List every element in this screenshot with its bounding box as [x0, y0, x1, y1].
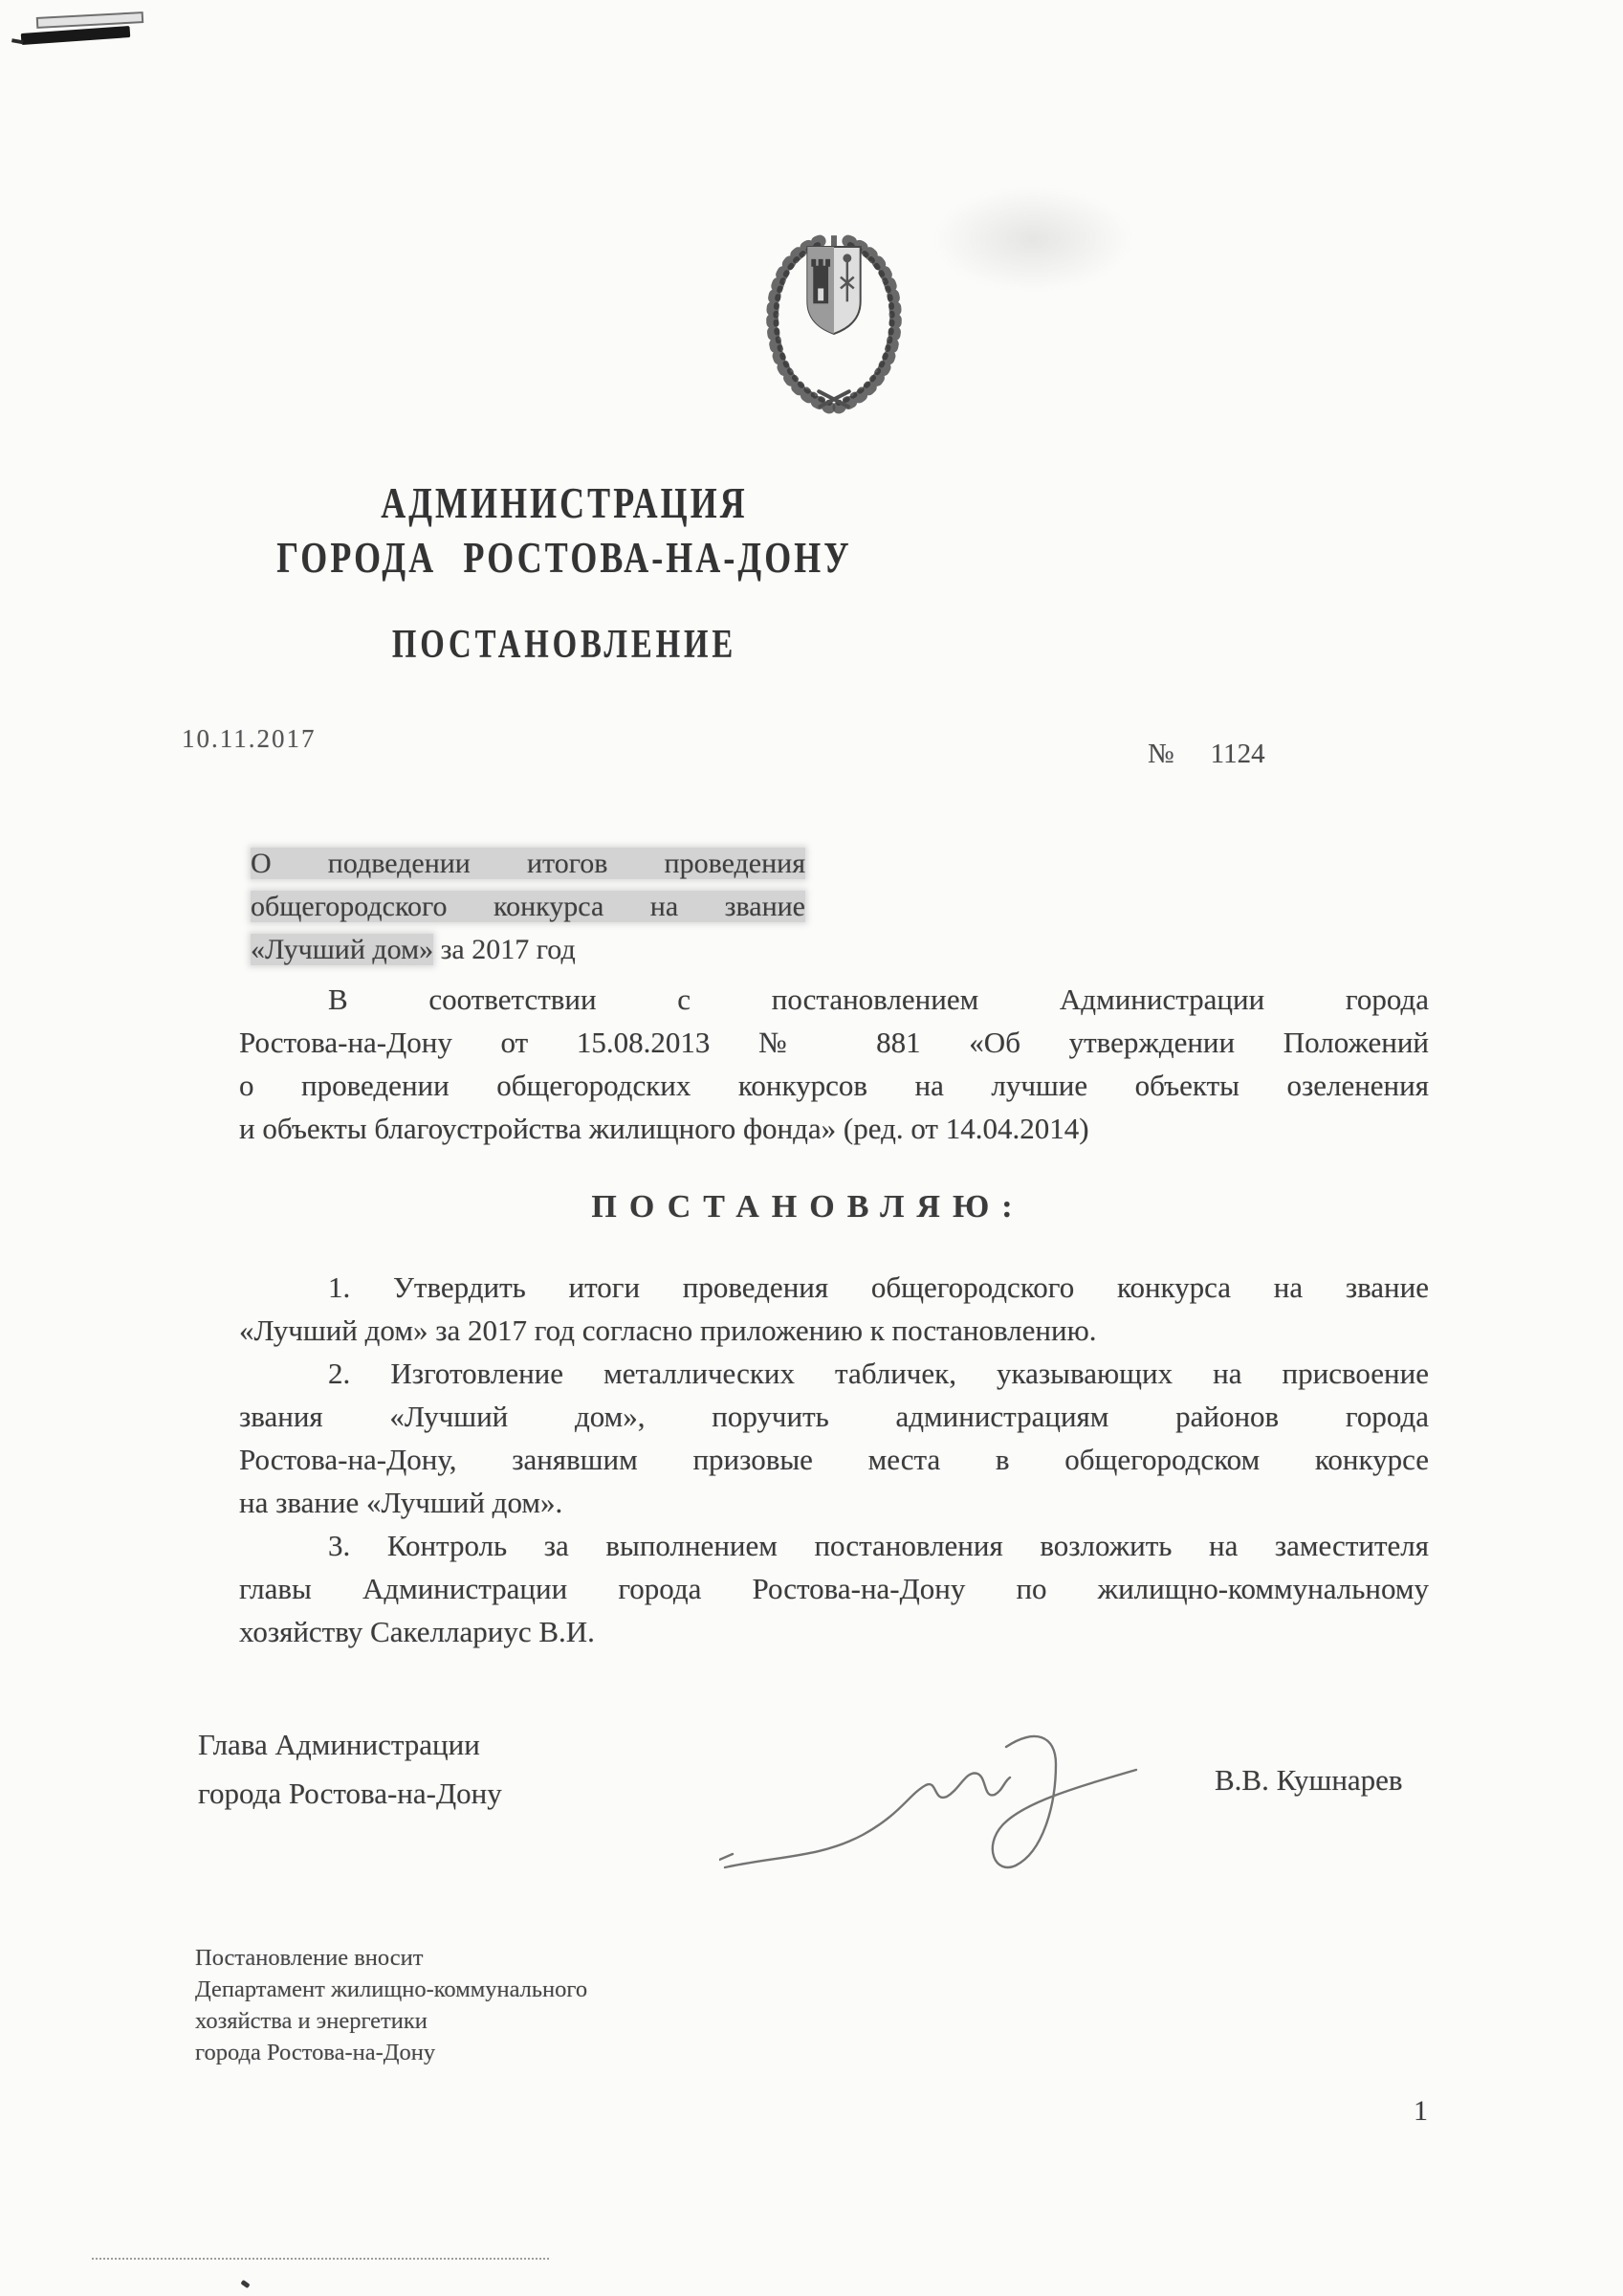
subject-line: «Лучший дом» за 2017 год [251, 928, 805, 971]
org-name-line1: АДМИНИСТРАЦИЯ [169, 475, 960, 530]
org-name: АДМИНИСТРАЦИЯ ГОРОДА РОСТОВА-НА-ДОНУ [169, 475, 960, 585]
subject-block: О подведении итогов проведения общегород… [251, 842, 805, 971]
signer-title: Глава Администрации города Ростова-на-До… [198, 1720, 502, 1818]
submitter-block: Постановление вноситДепартамент жилищно-… [195, 1942, 587, 2068]
document-number: №1124 [1148, 739, 1265, 770]
subject-line: О подведении итогов проведения [251, 842, 805, 885]
signer-title-line2: города Ростова-на-Дону [198, 1769, 502, 1818]
page-number: 1 [1414, 2095, 1428, 2128]
org-name-line2: ГОРОДА РОСТОВА-НА-ДОНУ [169, 530, 960, 585]
scan-smudge [932, 187, 1133, 292]
document-date: 10.11.2017 [182, 724, 317, 754]
subject-line: общегородского конкурса на звание [251, 885, 805, 928]
scan-dotted-line [92, 2258, 549, 2260]
item-3-paragraph: 3. Контроль за выполнением постановления… [239, 1524, 1429, 1653]
number-sign: № [1148, 739, 1174, 769]
resolve-word: ПОСТАНОВЛЯЮ: [239, 1189, 1377, 1225]
coat-of-arms-icon [754, 232, 914, 420]
item-1-paragraph: 1. Утвердить итоги проведения общегородс… [239, 1266, 1429, 1352]
scanned-document-page: АДМИНИСТРАЦИЯ ГОРОДА РОСТОВА-НА-ДОНУ ПОС… [0, 0, 1623, 2296]
scan-artifact-bar-black [21, 26, 131, 45]
scan-speck [240, 2280, 250, 2288]
preamble-paragraph: В соответствии с постановлением Админист… [239, 978, 1429, 1150]
handwritten-signature [719, 1714, 1150, 1891]
signer-title-line1: Глава Администрации [198, 1720, 502, 1769]
signer-name: В.В. Кушнарев [1215, 1763, 1403, 1798]
item-2-paragraph: 2. Изготовление металлических табличек, … [239, 1352, 1429, 1524]
number-value: 1124 [1211, 739, 1265, 769]
document-type-title: ПОСТАНОВЛЕНИЕ [169, 622, 960, 668]
